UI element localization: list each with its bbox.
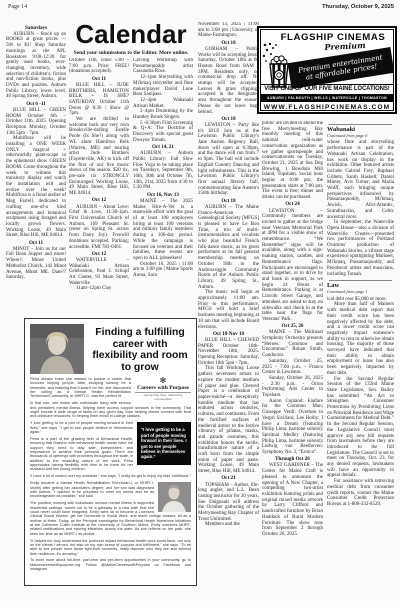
flower-logo-icon: ✻	[135, 377, 191, 385]
calendar-paragraph: MAINE – The 2025 Maine Hire-A-Vet is a s…	[133, 199, 193, 262]
careers-ad-body: ✻ Careers with Purpose Connecting lives,…	[30, 377, 191, 574]
calendar-paragraph: WATERVILLE – Wabanaki Artisan Celebratio…	[69, 258, 129, 287]
calendar-date-header: Oct 18	[198, 41, 259, 47]
calendar-paragraph: AUBURN – About Love: Grief & Loss, 11:30…	[69, 205, 129, 251]
section-divider	[329, 124, 392, 125]
calendar-date-header: Oct 16, Nov 13	[133, 193, 193, 199]
calendar-paragraph: TOPSHAM – Author, life-long angler, and …	[198, 483, 259, 523]
flagship-diagonal-banner: Premium entertainment at affordable pric…	[288, 47, 394, 89]
careers-paragraphs-d: “It helped me truly understand the profo…	[30, 539, 191, 572]
calendar-paragraph: MINOT – Join us for our Fall Bean Supper…	[6, 247, 66, 281]
calendar-paragraph: 12–4pm Wabanaki Artisan Market.	[133, 98, 193, 109]
ad-paragraph: To learn more about full-time, part-time…	[30, 558, 191, 571]
wabanaki-continued-note: Continued from page 6	[327, 133, 394, 139]
calendar-date-header: Oct 11	[6, 241, 66, 247]
section-divider	[329, 280, 392, 281]
calendar-date-header: Saturdays	[6, 26, 66, 32]
emily-photo-image	[158, 482, 191, 512]
calendar-paragraph: BLUE HILL – GREEN ROOM October 6th – Oct…	[6, 108, 66, 137]
careers-ad-section-3: Emily became a Mental Health Rehabilitat…	[30, 481, 191, 538]
careers-ad-header: Finding a fulfilling career with flexibi…	[30, 324, 191, 374]
calendar-paragraph: WEST GARDINER – The Center for Maine Cra…	[262, 463, 323, 537]
careers-with-purpose-logo: ✻ Careers with Purpose Connecting lives,…	[135, 377, 191, 402]
calendar-paragraph: The music will begin at approximately 11…	[198, 290, 259, 330]
calendar-date-header: Oct 18	[198, 117, 259, 123]
calendar-paragraph: Saturday, October 25, 2025 - 7:00 p.m. -…	[262, 359, 323, 376]
calendar-paragraph: November 13, 2025 | 11:00 am to 3:00 pm …	[198, 22, 259, 39]
calendar-paragraph: 2–4pm Drumming by the Huntley Brook Sing…	[133, 109, 193, 120]
calendar-paragraph: 12–1pm Storytelling with Mi'kmaq storyte…	[133, 75, 193, 98]
calendar-date-header: Oct 12	[69, 252, 129, 258]
ad-paragraph: In that role, she works with individuals…	[30, 401, 191, 418]
careers-ad-section-4: “It helped me truly understand the profo…	[30, 539, 191, 575]
calendar-paragraph: In September, the Waterville Opera House…	[327, 220, 394, 277]
careers-ad-headline: Finding a fulfilling career with flexibi…	[89, 324, 191, 374]
pull-quote-box: “I love getting to be a part of people m…	[137, 422, 191, 464]
calendar-masthead: Calendar Send your submissions to the Ed…	[66, 20, 196, 56]
calendar-paragraph: BLUE HILL – CHEWED PAPER October 18th-No…	[198, 338, 259, 367]
emily-photo	[158, 482, 191, 512]
calendar-paragraph: public are invited to attend the free Me…	[262, 121, 323, 201]
calendar-date-header: Oct 21	[198, 476, 259, 482]
calendar-title: Calendar	[66, 20, 196, 48]
flagship-cinemas-ad: FLAGSHIP CINEMAS Premium	[257, 26, 397, 114]
logo-name: Careers with Purpose	[135, 385, 191, 391]
calendar-date-header: Oct 11	[69, 77, 129, 83]
calendar-paragraph: BLUE HILL – JUDE BROTHERS, HAMILTON BELK…	[69, 83, 129, 117]
petra-photo-image	[30, 324, 84, 374]
wabanaki-section-body: whose flute and storytelling performance…	[327, 140, 394, 277]
calendar-date-header: Oct 14, 21	[133, 145, 193, 151]
calendar-paragraph: October 11th, Time: 5:00 – 7:00 p.m. Pri…	[69, 58, 129, 75]
calendar-paragraph: 11am–12pm Clay	[69, 286, 129, 292]
calendar-subtitle: Send your submissions to the Editor. Mor…	[66, 50, 196, 56]
calendar-column-2: October 11th, Time: 5:00 – 7:00 p.m. Pri…	[69, 58, 129, 317]
calendar-date-header: Oct 12	[69, 198, 129, 204]
calendar-paragraph: whose flute and storytelling performance…	[327, 140, 394, 220]
calendar-paragraph: LEWISTON – Party like it's 1813! Join us…	[198, 123, 259, 197]
calendar-paragraph: Aaron Copland: Fanfare for the Common Ma…	[262, 399, 323, 456]
careers-with-purpose-ad: Finding a fulfilling career with flexibi…	[24, 318, 197, 586]
flagship-banner-text: Premium entertainment at affordable pric…	[298, 53, 385, 83]
calendar-paragraph: AUBURN – Auburn Public Library: Fall Slo…	[133, 151, 193, 191]
calendar-date-header: Oct 18-Nov 18	[198, 332, 259, 338]
logo-tagline: Connecting lives, advancing communities	[135, 392, 191, 402]
calendar-date-header: Oct 24	[262, 202, 323, 208]
calendar-date-header: Oct 6 -11	[6, 102, 66, 108]
careers-ad-section-2: “I love getting to be a part of people m…	[30, 421, 191, 481]
calendar-paragraph: For assistance with removing medical deb…	[327, 479, 394, 508]
page-number: Page 14	[8, 4, 27, 10]
law-section-body: ical debt owe $5,000 or more.More than h…	[327, 297, 394, 508]
calendar-paragraph: Sunday, October 26, 2025 - 2:30 p.m. - O…	[262, 376, 323, 399]
calendar-paragraph: Members and the	[198, 522, 259, 528]
continued-stories-column: Wabanaki Continued from page 6 whose flu…	[327, 121, 394, 586]
flagship-website: WWW.FLAGSHIPCINEMAS.COM	[261, 102, 393, 111]
calendar-paragraph: For the Second Regular Session of the 13…	[327, 377, 394, 480]
calendar-column-5: public are invited to attend the free Me…	[262, 121, 323, 586]
ad-paragraph: “It helped me truly understand the profo…	[30, 539, 191, 556]
calendar-paragraph: This fall Working Loose gathers seventee…	[198, 366, 259, 474]
calendar-date-header: Through Oct 26	[262, 457, 323, 463]
calendar-paragraph: More than half of Mainers with medical d…	[327, 302, 394, 376]
calendar-paragraph: Multiflora will be installing a ONE WEEK…	[6, 136, 66, 239]
calendar-paragraph: AUBURN – The Maine Franco-American Genea…	[198, 205, 259, 291]
careers-ad-section-1: ✻ Careers with Purpose Connecting lives,…	[30, 377, 191, 421]
calendar-paragraph: GORHAM – Public Works will be accepting …	[198, 47, 259, 115]
flagship-visit-line: VISIT ONE OF OUR FIVE MAINE LOCATIONS!	[261, 84, 393, 95]
calendar-paragraph: We are thrilled to welcome back our very…	[69, 117, 129, 197]
calendar-paragraph: 5 -6:30pm Film Screening & Q+A: The Doct…	[133, 121, 193, 144]
calendar-paragraph: Carving Workshop with Passamaquoddy arti…	[133, 58, 193, 75]
flagship-ad-inner: FLAGSHIP CINEMAS Premium	[260, 29, 394, 111]
calendar-paragraph: LEWISTON – Community members are invited…	[262, 209, 323, 323]
calendar-column-4: November 13, 2025 | 11:00 am to 3:00 pm …	[198, 22, 259, 586]
calendar-date-header: Oct 18	[198, 199, 259, 205]
calendar-paragraph: October 16, 2025 | 11:00 am to 3:00 pm |…	[133, 262, 193, 279]
petra-photo	[30, 324, 84, 374]
calendar-date-header: Oct 25, 26	[262, 324, 323, 330]
calendar-column-3: Carving Workshop with Passamaquoddy arti…	[133, 58, 193, 317]
calendar-column-1: SaturdaysAUBURN – Stock up on BOOKS at g…	[6, 24, 66, 317]
page-date: Thursday, October 9, 2025	[322, 4, 394, 10]
calendar-paragraph: MAINE – The Midcoast Symphony Orchestra …	[262, 330, 323, 359]
calendar-paragraph: AUBURN – Stock up on BOOKS at great pric…	[6, 32, 66, 100]
ad-paragraph: “I have a lot of control over my schedul…	[30, 474, 191, 478]
law-continued-note: Continued from page 1	[327, 289, 394, 295]
